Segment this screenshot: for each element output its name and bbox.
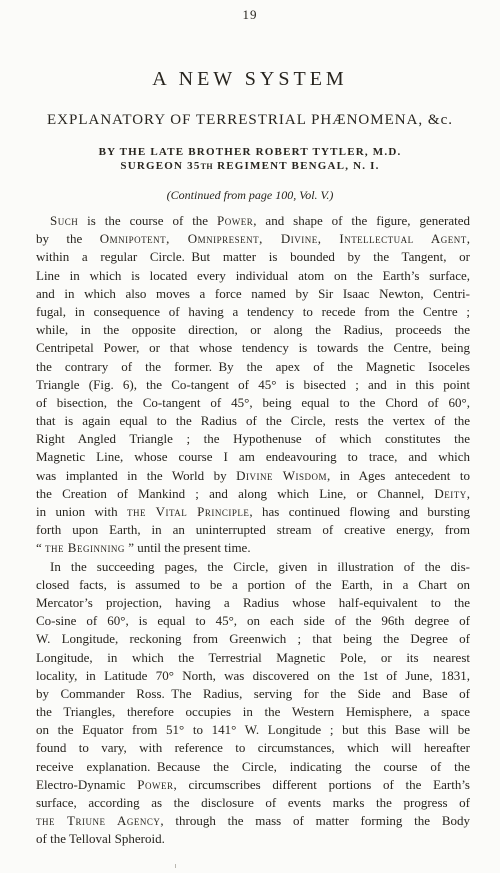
text-line: closed facts, is assumed to be a portion… — [36, 576, 470, 594]
text-line: in union with the Vital Principle, has c… — [36, 503, 470, 521]
small-caps-text: Power — [137, 777, 173, 792]
text-line: by the Omnipotent, Omnipresent, Divine, … — [36, 230, 470, 248]
text-segment: In the succeeding pages, the Circle, giv… — [50, 559, 470, 574]
text-segment: , — [467, 231, 470, 246]
text-line: the contrary of the former. By the apex … — [36, 358, 470, 376]
text-segment: , circumscribes different portions of th… — [173, 777, 470, 792]
small-caps-text: the Beginning — [45, 540, 125, 555]
text-segment: , has continued flowing and bursting — [249, 504, 470, 519]
text-segment: the Creation of Mankind ; and along whic… — [36, 486, 434, 501]
text-segment: , through the mass of matter forming the… — [160, 813, 470, 828]
text-segment: by Commander Ross. The Radius, serving f… — [36, 686, 470, 701]
text-segment: and in which also moves a force named by… — [36, 286, 470, 301]
small-caps-text: Omnipotent, Omnipresent, Divine, Intelle… — [100, 231, 467, 246]
text-line: on the Equator from 51° to 141° W. Longi… — [36, 721, 470, 739]
text-line: Triangle (Fig. 6), the Co-tangent of 45°… — [36, 376, 470, 394]
small-caps-text: Divine Wisdom — [236, 468, 327, 483]
text-segment: Longitude, in which the Terrestrial Magn… — [36, 650, 470, 665]
text-segment: locality, in Latitude 70° North, was dis… — [36, 668, 470, 683]
text-line: locality, in Latitude 70° North, was dis… — [36, 667, 470, 685]
small-caps-text: the Vital Principle — [127, 504, 249, 519]
text-line: Longitude, in which the Terrestrial Magn… — [36, 649, 470, 667]
text-segment: the contrary of the former. By the apex … — [36, 359, 470, 374]
text-segment: EXPLANATORY OF TERRESTRIAL PHÆNOMENA, &c… — [47, 112, 453, 128]
text-line: Centripetal Power, or that whose tendenc… — [36, 339, 470, 357]
text-segment: , — [467, 486, 470, 501]
byline-author: BY THE LATE BROTHER ROBERT TYTLER, M.D. — [0, 146, 500, 158]
page-number: 19 — [0, 0, 500, 22]
text-line: fugal, in consequence of having a tenden… — [36, 303, 470, 321]
text-line: Co-sine of 60°, is equal to 45°, on each… — [36, 612, 470, 630]
text-segment: by the — [36, 231, 100, 246]
scan-speck-artifact — [175, 864, 176, 868]
small-caps-text: th — [201, 160, 214, 172]
text-segment: while, in the opposite direction, or alo… — [36, 322, 470, 337]
article-title: A NEW SYSTEM — [0, 68, 500, 90]
text-segment: BY THE LATE BROTHER ROBERT TYTLER, M.D. — [99, 146, 402, 158]
text-line: receive explanation. Because the Circle,… — [36, 758, 470, 776]
text-line: that is again equal to the Radius of the… — [36, 412, 470, 430]
text-segment: is the course of the — [78, 213, 217, 228]
paragraph-2: In the succeeding pages, the Circle, giv… — [36, 558, 470, 849]
small-caps-text: Such — [50, 213, 78, 228]
scanned-page: 19 A NEW SYSTEM EXPLANATORY OF TERRESTRI… — [0, 0, 500, 873]
text-segment: Right Angled Triangle ; the Hypothenuse … — [36, 431, 470, 446]
text-segment: in union with — [36, 504, 127, 519]
small-caps-text: Power — [217, 213, 253, 228]
text-segment: Centripetal Power, or that whose tendenc… — [36, 340, 470, 355]
text-line: the Triune Agency, through the mass of m… — [36, 812, 470, 830]
text-line: of the Telloval Spheroid. — [36, 830, 470, 848]
text-segment: surface, according as the disclosure of … — [36, 795, 470, 810]
text-segment: closed facts, is assumed to be a portion… — [36, 577, 470, 592]
text-line: the Triangles, therefore occupies in the… — [36, 703, 470, 721]
text-segment: of the Telloval Spheroid. — [36, 831, 165, 846]
text-segment: Co-sine of 60°, is equal to 45°, on each… — [36, 613, 470, 628]
text-line: In the succeeding pages, the Circle, giv… — [36, 558, 470, 576]
text-line: surface, according as the disclosure of … — [36, 794, 470, 812]
text-segment: W. Longitude, reckoning from Greenwich ;… — [36, 631, 470, 646]
text-segment: receive explanation. Because the Circle,… — [36, 759, 470, 774]
text-segment: of bisection, the Co-tangent of 45°, bei… — [36, 395, 470, 410]
text-segment: within a regular Circle. But matter is b… — [36, 249, 470, 264]
text-segment: was implanted in the World by — [36, 468, 236, 483]
text-segment: the Triangles, therefore occupies in the… — [36, 704, 470, 719]
text-line: within a regular Circle. But matter is b… — [36, 248, 470, 266]
byline-regiment: SURGEON 35th REGIMENT BENGAL, N. I. — [0, 160, 500, 172]
text-line: Such is the course of the Power, and sha… — [36, 212, 470, 230]
text-segment: Electro-Dynamic — [36, 777, 137, 792]
text-line: “ the Beginning ” until the present time… — [36, 539, 470, 557]
text-segment: REGIMENT BENGAL, N. I. — [213, 160, 379, 172]
text-segment: A NEW SYSTEM — [152, 68, 347, 90]
text-segment: found to vary, with reference to circums… — [36, 740, 470, 755]
text-line: Line in which is located every individua… — [36, 267, 470, 285]
text-line: by Commander Ross. The Radius, serving f… — [36, 685, 470, 703]
small-caps-text: the Triune Agency — [36, 813, 160, 828]
text-line: found to vary, with reference to circums… — [36, 739, 470, 757]
text-line: Magnetic Line, whose course I am endeavo… — [36, 448, 470, 466]
article-subtitle: EXPLANATORY OF TERRESTRIAL PHÆNOMENA, &c… — [0, 112, 500, 129]
text-segment: Line in which is located every individua… — [36, 268, 470, 283]
text-segment: that is again equal to the Radius of the… — [36, 413, 470, 428]
text-segment: Magnetic Line, whose course I am endeavo… — [36, 449, 470, 464]
text-segment: fugal, in consequence of having a tenden… — [36, 304, 470, 319]
text-line: while, in the opposite direction, or alo… — [36, 321, 470, 339]
text-line: forth upon Earth, in an uninterrupted st… — [36, 521, 470, 539]
continuation-note: (Continued from page 100, Vol. V.) — [0, 188, 500, 202]
text-line: Electro-Dynamic Power, circumscribes dif… — [36, 776, 470, 794]
text-segment: , and shape of the figure, generated — [253, 213, 470, 228]
text-segment: Triangle (Fig. 6), the Co-tangent of 45°… — [36, 377, 470, 392]
text-line: was implanted in the World by Divine Wis… — [36, 467, 470, 485]
text-segment: ” until the present time. — [125, 540, 251, 555]
text-line: W. Longitude, reckoning from Greenwich ;… — [36, 630, 470, 648]
article-body: Such is the course of the Power, and sha… — [36, 212, 470, 849]
text-line: of bisection, the Co-tangent of 45°, bei… — [36, 394, 470, 412]
paragraph-1: Such is the course of the Power, and sha… — [36, 212, 470, 558]
text-segment: forth upon Earth, in an uninterrupted st… — [36, 522, 470, 537]
text-segment: , in Ages antecedent to — [327, 468, 470, 483]
text-line: Right Angled Triangle ; the Hypothenuse … — [36, 430, 470, 448]
text-line: and in which also moves a force named by… — [36, 285, 470, 303]
text-line: Mercator’s projection, having a Radius w… — [36, 594, 470, 612]
text-segment: 19 — [243, 7, 258, 22]
text-segment: (Continued from page 100, Vol. V.) — [167, 188, 334, 202]
small-caps-text: Deity — [434, 486, 466, 501]
text-segment: Mercator’s projection, having a Radius w… — [36, 595, 470, 610]
text-line: the Creation of Mankind ; and along whic… — [36, 485, 470, 503]
text-segment: on the Equator from 51° to 141° W. Longi… — [36, 722, 470, 737]
text-segment: “ — [36, 540, 45, 555]
text-segment: SURGEON 35 — [120, 160, 200, 172]
